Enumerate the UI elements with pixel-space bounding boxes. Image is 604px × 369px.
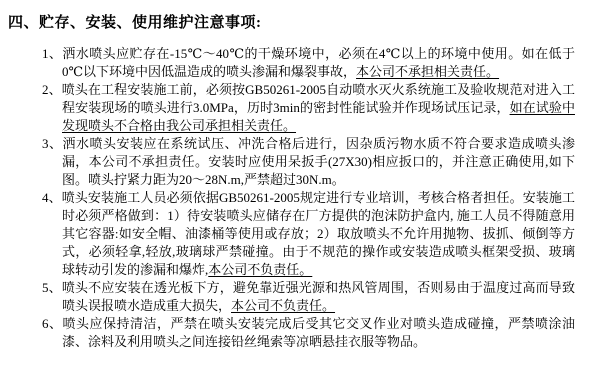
list-item: 2、喷头在工程安装施工前，必须按GB50261-2005自动喷水灭火系统施工及验… xyxy=(42,81,575,135)
item-number: 1、 xyxy=(42,46,62,61)
item-number: 4、 xyxy=(42,190,62,205)
list-item: 4、喷头安装施工人员必须依据GB50261-2005规定进行专业培训，考核合格者… xyxy=(42,189,575,279)
liability-underlined-text: 本公司不承担相关责任。 xyxy=(356,64,499,79)
liability-underlined-text: 本公司不负责任。 xyxy=(231,298,335,313)
precautions-list: 1、洒水喷头应贮存在-15℃～40℃的干燥环境中，必须在4℃以上的环境中使用。如… xyxy=(42,45,575,351)
list-item: 1、洒水喷头应贮存在-15℃～40℃的干燥环境中，必须在4℃以上的环境中使用。如… xyxy=(42,45,575,81)
liability-underlined-text: 本公司不负责任。 xyxy=(208,262,312,277)
item-number: 6、 xyxy=(42,316,63,331)
item-number: 2、 xyxy=(42,82,62,97)
item-text: 洒水喷头安装应在系统试压、冲洗合格后进行，因杂质污物水质不符合要求造成喷头渗漏，… xyxy=(62,136,575,187)
item-text: 喷头在工程安装施工前，必须按GB50261-2005自动喷水灭火系统施工及验收规… xyxy=(62,82,575,115)
list-item: 5、喷头不应安装在透光板下方，避免靠近强光源和热风管周围，否则易由于温度过高而导… xyxy=(42,279,575,315)
item-text: 喷头安装施工人员必须依据GB50261-2005规定进行专业培训，考核合格者担任… xyxy=(62,190,575,277)
list-item: 3、洒水喷头安装应在系统试压、冲洗合格后进行，因杂质污物水质不符合要求造成喷头渗… xyxy=(42,135,575,189)
list-item: 6、喷头应保持清洁，严禁在喷头安装完成后受其它交叉作业对喷头造成碰撞，严禁喷涂油… xyxy=(42,315,575,351)
page-title: 四、贮存、安装、使用维护注意事项: xyxy=(8,11,262,32)
item-number: 5、 xyxy=(42,280,62,295)
item-number: 3、 xyxy=(42,136,63,151)
item-text: 喷头应保持清洁，严禁在喷头安装完成后受其它交叉作业对喷头造成碰撞，严禁喷涂油漆、… xyxy=(62,316,575,349)
